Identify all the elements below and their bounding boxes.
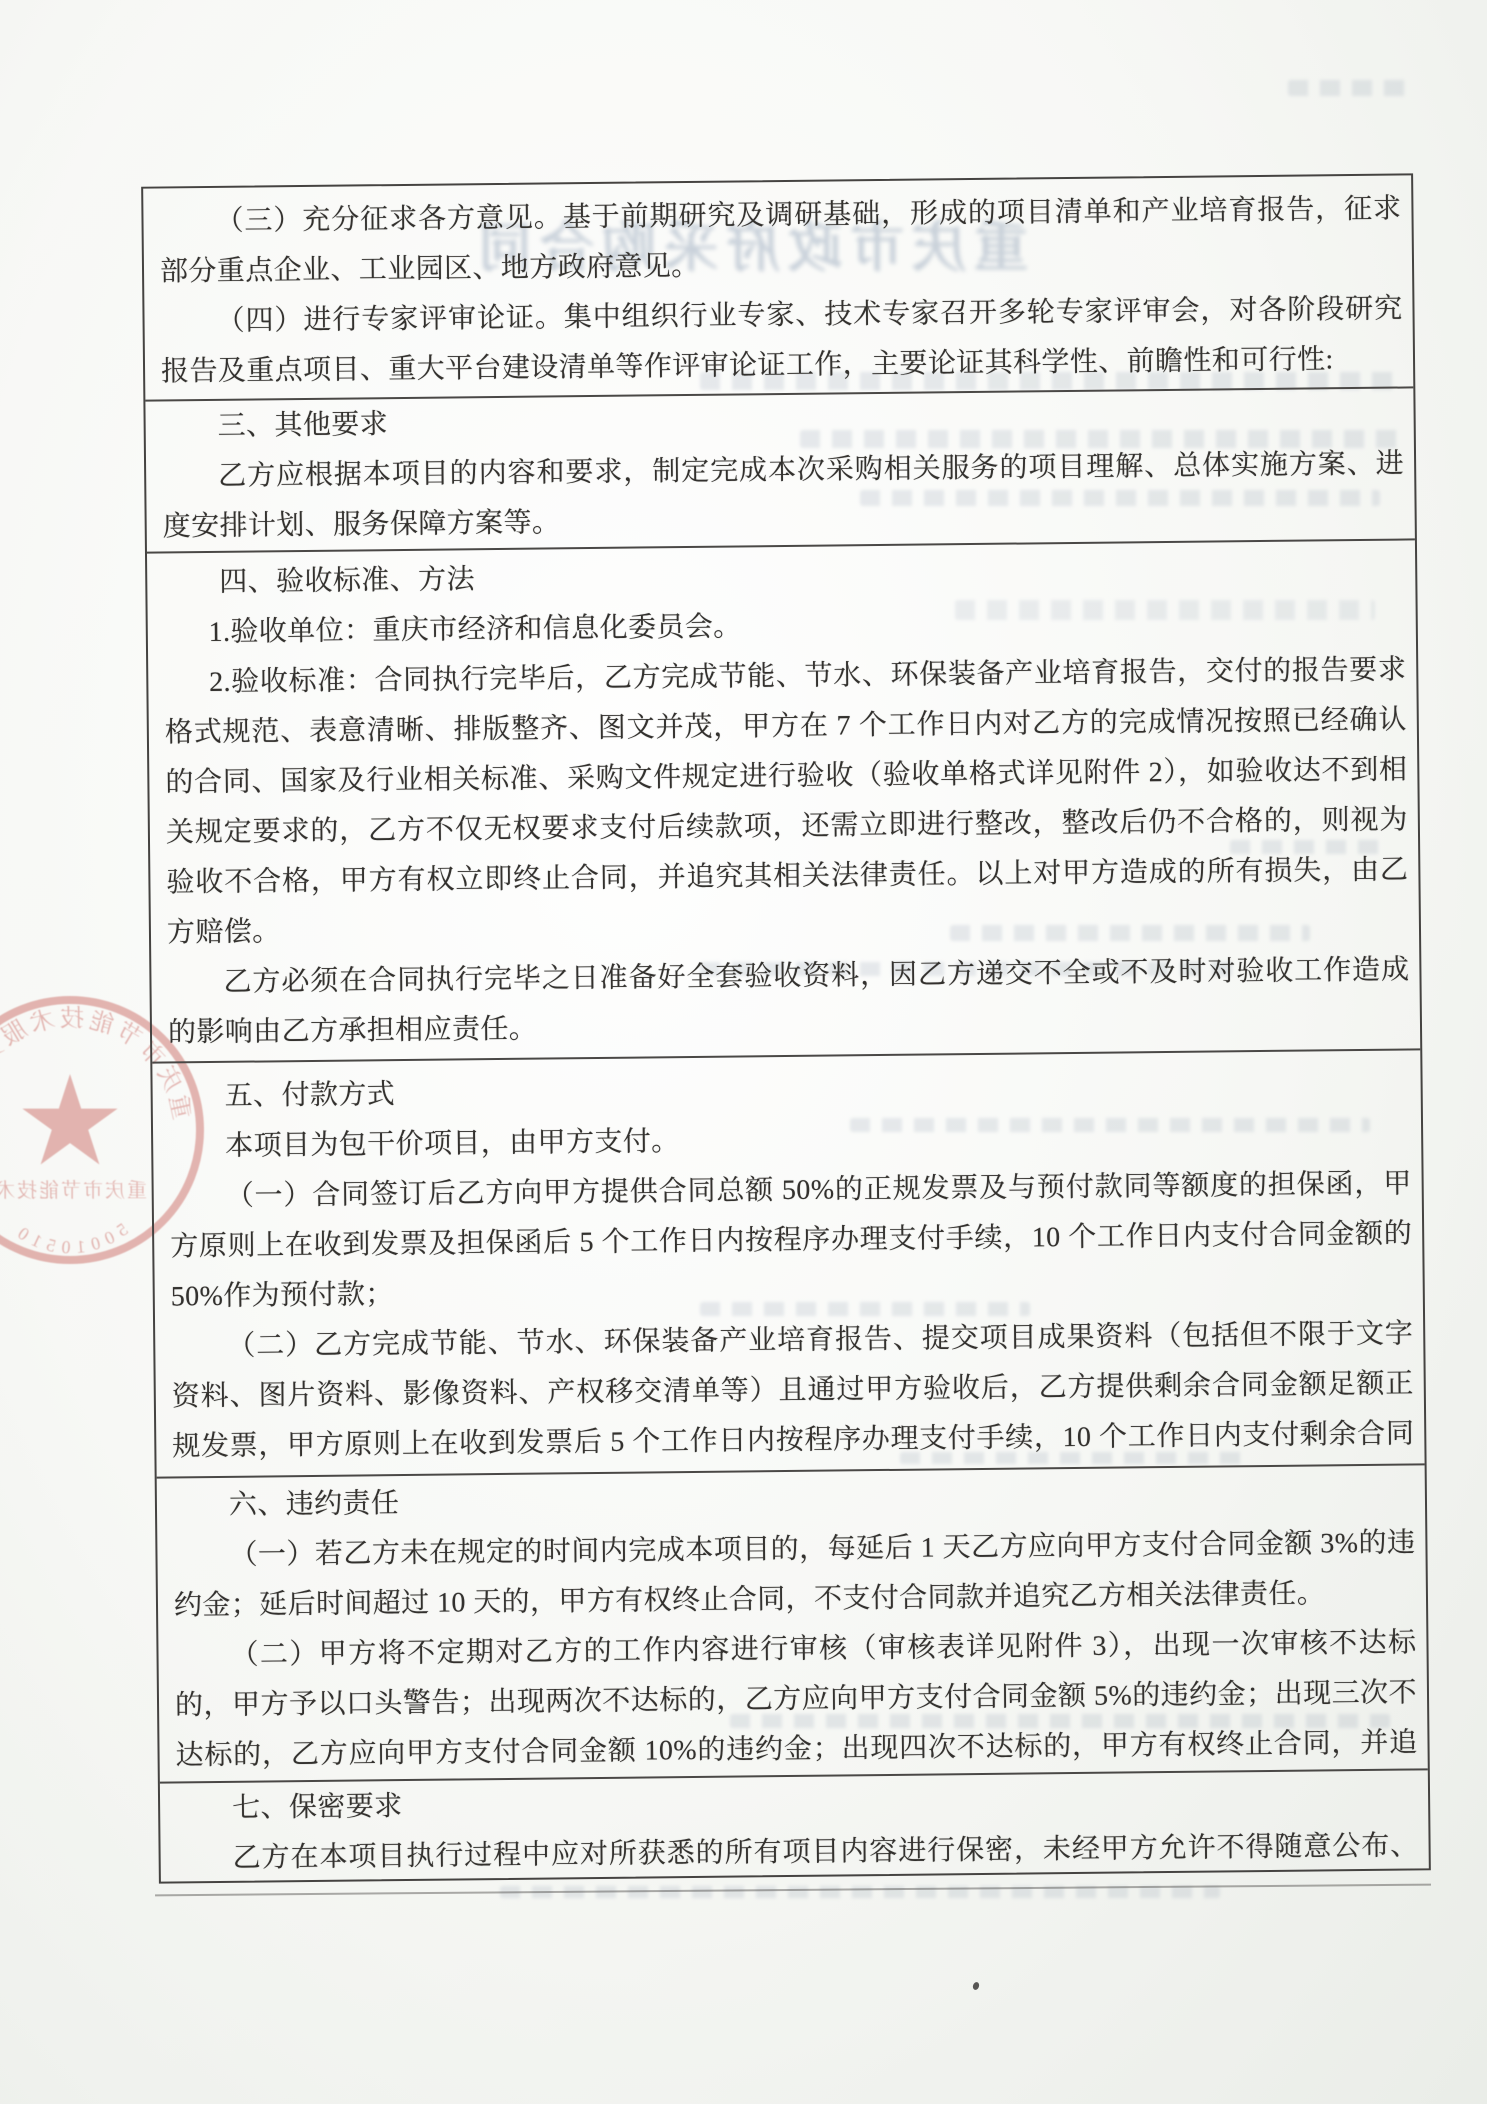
paragraph: （四）进行专家评审论证。集中组织行业专家、技术专家召开多轮专家评审会，对各阶段研… [160,285,1403,398]
scanned-contract-page: 重庆市政府采购合同 重庆市节能技术服务中心 重庆市节能技术 50010510 （… [0,0,1487,2104]
paragraph: （三）充分征求各方意见。基于前期研究及调研基础，形成的项目清单和产业培育报告，征… [159,185,1402,298]
bleedthrough-artifact [1288,80,1406,96]
contract-clauses-table: （三）充分征求各方意见。基于前期研究及调研基础，形成的项目清单和产业培育报告，征… [141,173,1431,1883]
paragraph: （二）乙方完成节能、节水、环保装备产业培育报告、提交项目成果资料（包括但不限于文… [171,1309,1415,1478]
seal-band-text: 重庆市节能技术 [0,1179,147,1202]
paragraph: 2.验收标准：合同执行完毕后，乙方完成节能、节水、环保装备产业培育报告，交付的报… [164,645,1409,958]
ink-speck [972,1981,980,1991]
paragraph: 乙方应根据本项目的内容和要求，制定完成本次采购相关服务的项目理解、总体实施方案、… [162,439,1405,552]
section-opinion-and-review: （三）充分征求各方意见。基于前期研究及调研基础，形成的项目清单和产业培育报告，征… [143,175,1413,401]
paragraph: （二）甲方将不定期对乙方的工作内容进行审核（审核表详见附件 3），出现一次审核不… [174,1618,1418,1783]
star-icon [22,1074,117,1165]
section-confidentiality: 七、保密要求 乙方在本项目执行过程中应对所获悉的所有项目内容进行保密，未经甲方允… [160,1770,1429,1881]
paragraph: 乙方必须在合同执行完毕之日准备好全套验收资料，因乙方递交不全或不及时对验收工作造… [167,945,1410,1058]
section-breach-liability: 六、违约责任 （一）若乙方未在规定的时间内完成本项目的，每延后 1 天乙方应向甲… [157,1465,1428,1783]
section-payment-method: 五、付款方式 本项目为包干价项目，由甲方支付。 （一）合同签订后乙方向甲方提供合… [152,1050,1424,1478]
paragraph: （一）若乙方未在规定的时间内完成本项目的，每延后 1 天乙方应向甲方支付合同金额… [173,1518,1416,1631]
section-other-requirements: 三、其他要求 乙方应根据本项目的内容和要求，制定完成本次采购相关服务的项目理解、… [145,388,1415,553]
section-acceptance-standards: 四、验收标准、方法 1.验收单位：重庆市经济和信息化委员会。 2.验收标准：合同… [147,540,1420,1063]
paragraph: （一）合同签订后乙方向甲方提供合同总额 50%的正规发票及与预付款同等额度的担保… [169,1159,1413,1322]
